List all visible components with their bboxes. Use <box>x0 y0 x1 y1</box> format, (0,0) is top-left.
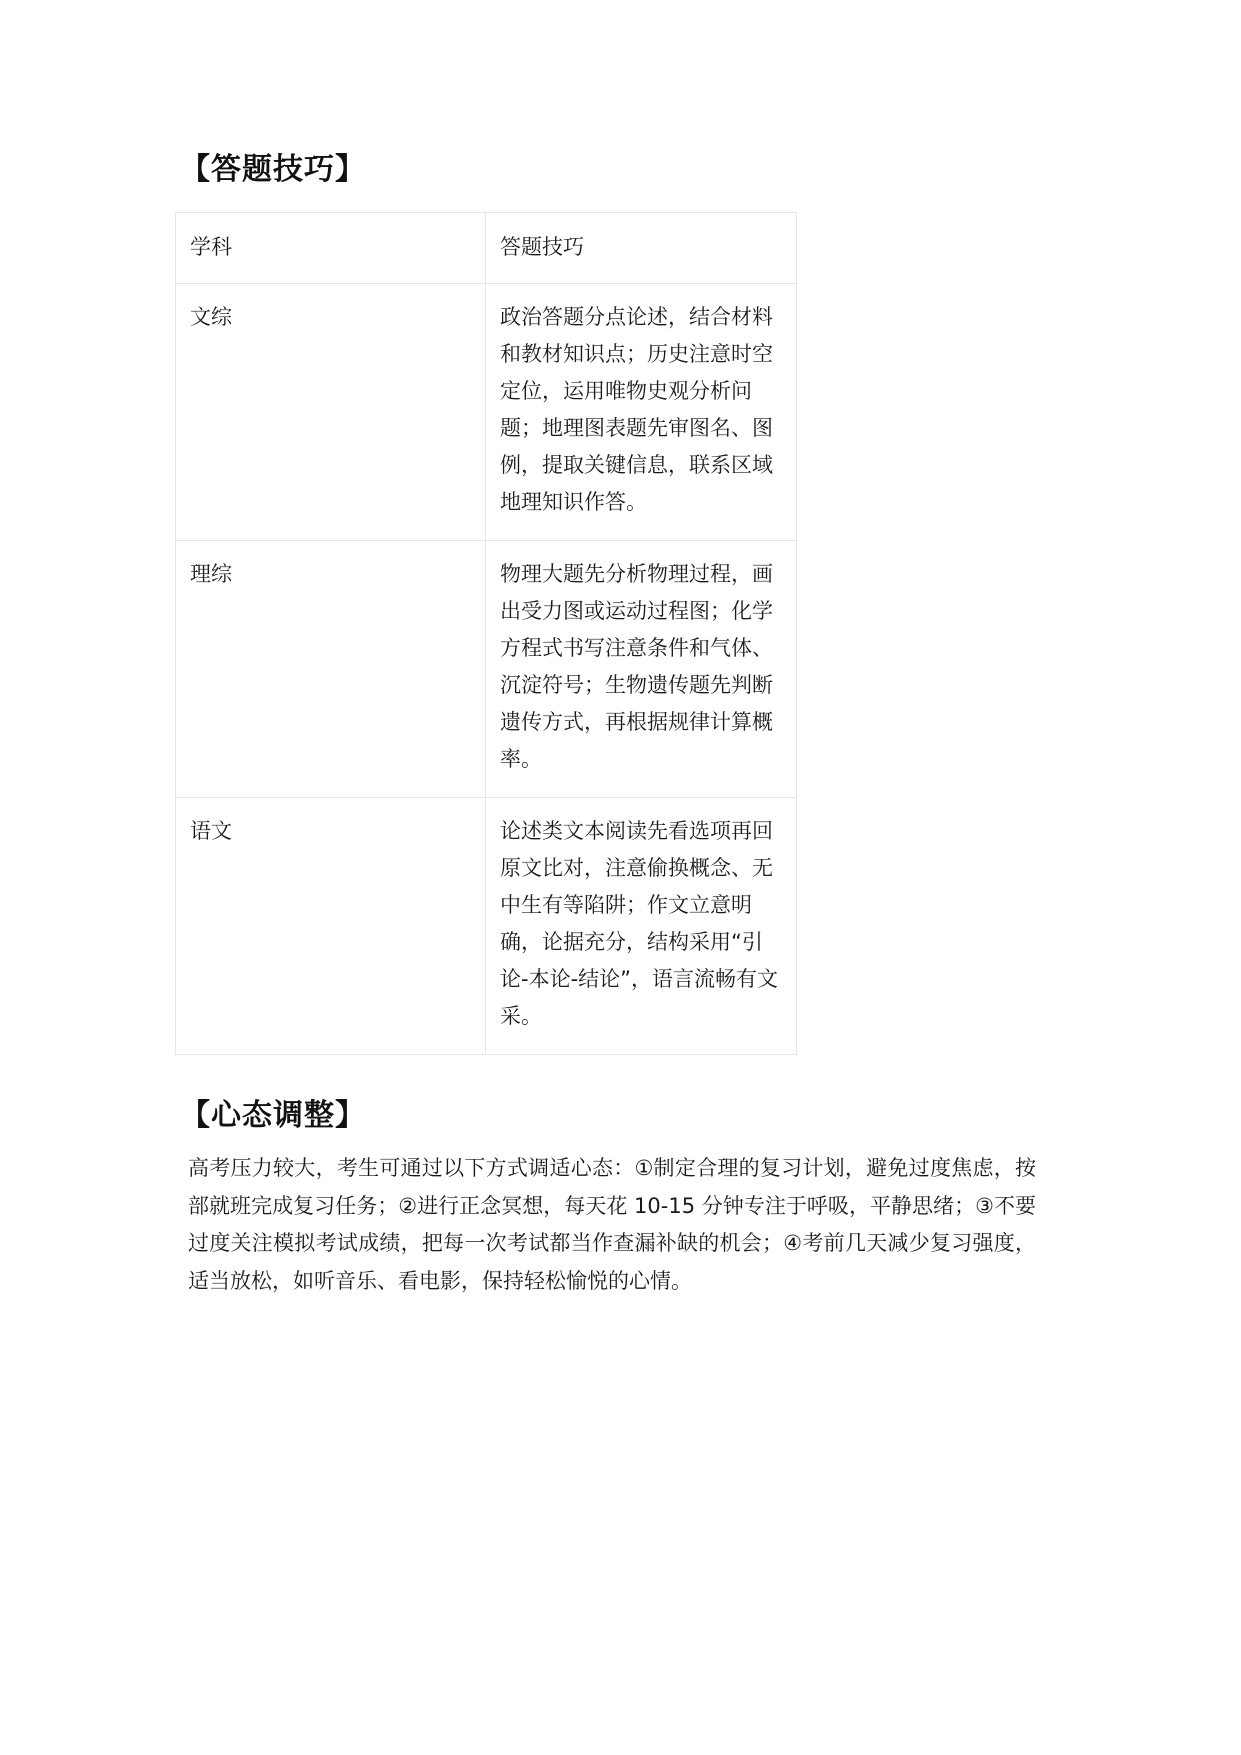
table-header-row: 学科 答题技巧 <box>176 213 797 284</box>
table-header-tips: 答题技巧 <box>486 213 797 284</box>
subject-cell: 语文 <box>176 798 486 1055</box>
table-row: 语文 论述类文本阅读先看选项再回原文比对，注意偷换概念、无中生有等陷阱；作文立意… <box>176 798 797 1055</box>
subject-cell: 文综 <box>176 284 486 541</box>
section-heading-answer-tips: 【答题技巧】 <box>180 152 366 188</box>
tip-cell: 物理大题先分析物理过程，画出受力图或运动过程图；化学方程式书写注意条件和气体、沉… <box>486 541 797 798</box>
tip-cell: 政治答题分点论述，结合材料和教材知识点；历史注意时空定位，运用唯物史观分析问题；… <box>486 284 797 541</box>
tip-cell: 论述类文本阅读先看选项再回原文比对，注意偷换概念、无中生有等陷阱；作文立意明确，… <box>486 798 797 1055</box>
subject-cell: 理综 <box>176 541 486 798</box>
table-header-subject: 学科 <box>176 213 486 284</box>
answer-tips-table: 学科 答题技巧 文综 政治答题分点论述，结合材料和教材知识点；历史注意时空定位，… <box>175 212 797 1055</box>
section-heading-mindset: 【心态调整】 <box>180 1098 366 1134</box>
mindset-paragraph: 高考压力较大，考生可通过以下方式调适心态：①制定合理的复习计划，避免过度焦虑，按… <box>188 1150 1036 1300</box>
table-row: 理综 物理大题先分析物理过程，画出受力图或运动过程图；化学方程式书写注意条件和气… <box>176 541 797 798</box>
table-row: 文综 政治答题分点论述，结合材料和教材知识点；历史注意时空定位，运用唯物史观分析… <box>176 284 797 541</box>
